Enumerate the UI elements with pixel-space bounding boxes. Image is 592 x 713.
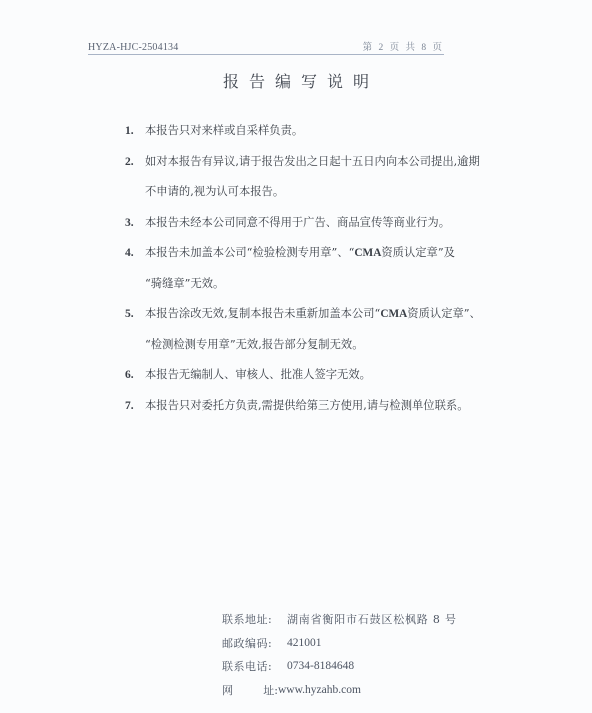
page-number: 第 2 页 共 8 页 (363, 39, 444, 53)
website-label: 网址: (222, 679, 278, 703)
list-item: 3.本报告未经本公司同意不得用于广告、商品宣传等商业行为。 (125, 208, 545, 239)
phone-value: 0734-8184648 (287, 655, 354, 679)
address-value: 湖南省衡阳市石鼓区松枫路 8 号 (287, 608, 457, 632)
list-item: 2.如对本报告有异议,请于报告发出之日起十五日内向本公司提出,逾期 不申请的,视… (125, 147, 545, 208)
list-item: 5.本报告涂改无效,复制本报告未重新加盖本公司“CMA资质认定章”、 “检测检测… (125, 299, 545, 360)
item-number: 1. (125, 116, 145, 147)
list-item: 1.本报告只对来样或自采样负责。 (125, 116, 545, 147)
website-value[interactable]: www.hyzahb.com (278, 679, 361, 703)
address-row: 联系地址: 湖南省衡阳市石鼓区松枫路 8 号 (222, 608, 457, 632)
postcode-row: 邮政编码: 421001 (222, 632, 457, 656)
list-item: 4.本报告未加盖本公司“检验检测专用章”、“CMA资质认定章”及 “骑缝章”无效… (125, 238, 545, 299)
list-item: 6.本报告无编制人、审核人、批准人签字无效。 (125, 360, 545, 391)
item-text: 本报告未加盖本公司“检验检测专用章”、“CMA资质认定章”及 (145, 238, 455, 269)
item-text: 本报告无编制人、审核人、批准人签字无效。 (145, 360, 371, 391)
phone-label: 联系电话: (222, 655, 287, 679)
cma-text: CMA (380, 308, 407, 320)
text-segment: 资质认定章”、 (407, 307, 481, 320)
website-row: 网址: www.hyzahb.com (222, 679, 457, 703)
item-text: 如对本报告有异议,请于报告发出之日起十五日内向本公司提出,逾期 (145, 147, 480, 178)
item-text-continued: “检测检测专用章”无效,报告部分复制无效。 (125, 330, 545, 361)
item-number: 6. (125, 360, 145, 391)
item-number: 5. (125, 299, 145, 330)
website-label-a: 网 (222, 679, 233, 703)
contact-info: 联系地址: 湖南省衡阳市石鼓区松枫路 8 号 邮政编码: 421001 联系电话… (222, 608, 457, 702)
website-label-b: 址: (263, 679, 278, 703)
item-number: 2. (125, 147, 145, 178)
text-segment: 资质认定章”及 (381, 246, 455, 259)
text-segment: 本报告未加盖本公司“检验检测专用章”、“ (145, 246, 354, 259)
postcode-value: 421001 (287, 632, 322, 656)
item-text: 本报告只对委托方负责,需提供给第三方使用,请与检测单位联系。 (145, 391, 469, 422)
item-number: 3. (125, 208, 145, 239)
item-text-continued: “骑缝章”无效。 (125, 269, 545, 300)
report-code: HYZA-HJC-2504134 (88, 42, 178, 53)
postcode-label: 邮政编码: (222, 632, 287, 656)
notes-list: 1.本报告只对来样或自采样负责。 2.如对本报告有异议,请于报告发出之日起十五日… (125, 116, 545, 421)
item-number: 7. (125, 391, 145, 422)
item-text: 本报告未经本公司同意不得用于广告、商品宣传等商业行为。 (145, 208, 450, 239)
item-text: 本报告只对来样或自采样负责。 (145, 116, 303, 147)
list-item: 7.本报告只对委托方负责,需提供给第三方使用,请与检测单位联系。 (125, 391, 545, 422)
address-label: 联系地址: (222, 608, 287, 632)
phone-row: 联系电话: 0734-8184648 (222, 655, 457, 679)
item-text-continued: 不申请的,视为认可本报告。 (125, 177, 545, 208)
text-segment: 本报告涂改无效,复制本报告未重新加盖本公司“ (145, 307, 380, 320)
page-header: HYZA-HJC-2504134 第 2 页 共 8 页 (88, 38, 444, 55)
item-text: 本报告涂改无效,复制本报告未重新加盖本公司“CMA资质认定章”、 (145, 299, 481, 330)
page-title: 报告编写说明 (0, 69, 592, 92)
item-number: 4. (125, 238, 145, 269)
cma-text: CMA (354, 247, 381, 259)
